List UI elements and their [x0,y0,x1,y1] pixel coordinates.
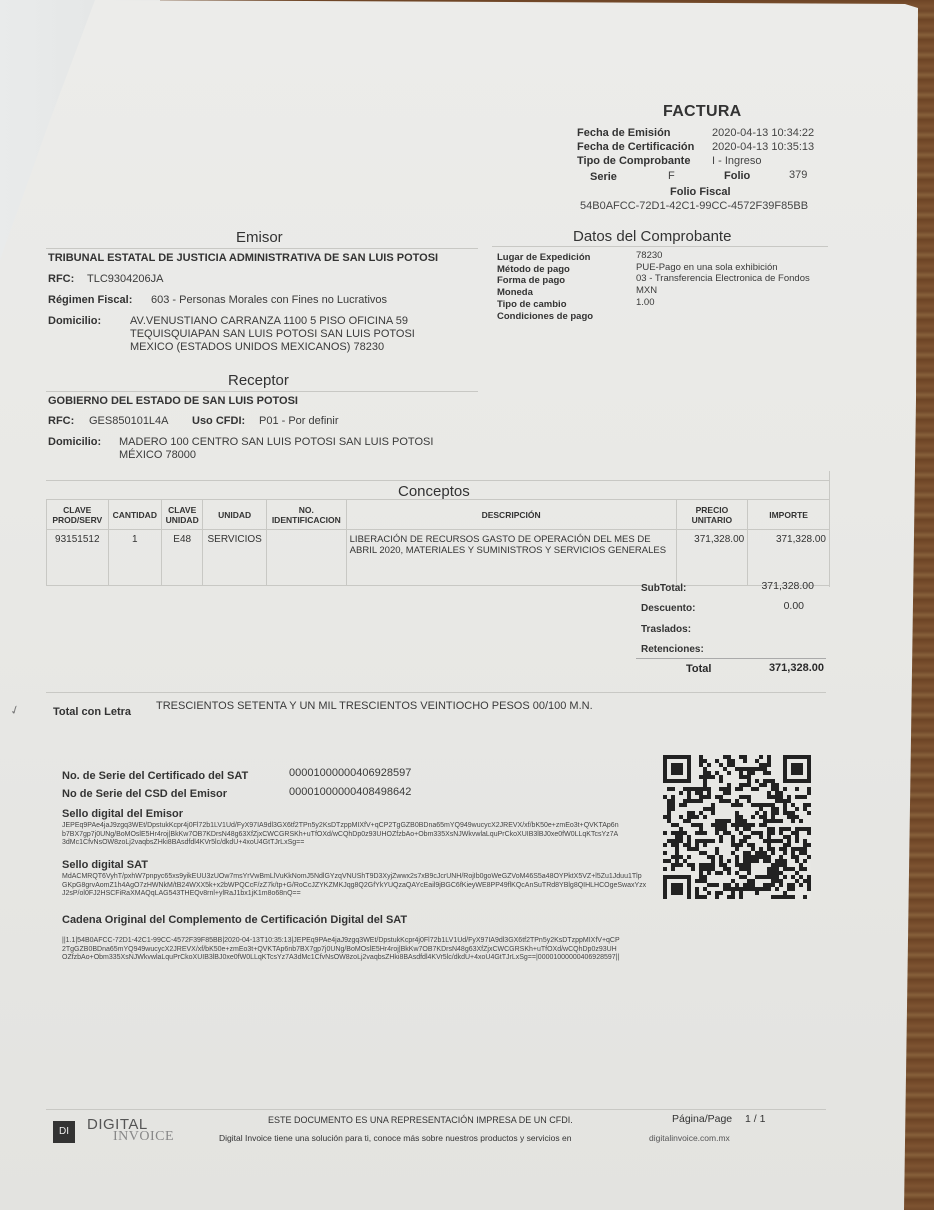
col-cantidad: CANTIDAD [108,500,161,530]
folio-fiscal-value: 54B0AFCC-72D1-42C1-99CC-4572F39F85BB [580,200,808,212]
tipo-comprobante-label: Tipo de Comprobante [577,155,690,167]
comprobante-labels: Lugar de Expedición Método de pago Forma… [497,252,593,322]
digitalinvoice-link[interactable]: digitalinvoice.com.mx [649,1133,730,1143]
receptor-title: Receptor [228,372,289,389]
descuento-label: Descuento: [641,603,695,614]
cadena-original-value: ||1.1|54B0AFCC-72D1-42C1-99CC-4572F39F85… [62,937,622,963]
tipo-comprobante-value: I - Ingreso [712,155,762,167]
col-clave-prod: CLAVE PROD/SERV [47,500,109,530]
col-importe: IMPORTE [748,500,830,530]
emisor-name: TRIBUNAL ESTATAL DE JUSTICIA ADMINISTRAT… [48,252,438,264]
emisor-domicilio: AV.VENUSTIANO CARRANZA 1100 5 PISO OFICI… [130,315,415,354]
regimen-fiscal-label: Régimen Fiscal: [48,294,132,306]
traslados-label: Traslados: [641,624,691,635]
descuento-value: 0.00 [714,600,804,612]
uso-cfdi-label: Uso CFDI: [192,415,245,427]
fecha-emision-value: 2020-04-13 10:34:22 [712,127,814,139]
receptor-domicilio-label: Domicilio: [48,436,101,448]
cadena-original-label: Cadena Original del Complemento de Certi… [62,914,407,926]
fecha-certificacion-label: Fecha de Certificación [577,141,694,153]
serie-label: Serie [590,171,617,183]
total-letra-value: TRESCIENTOS SETENTA Y UN MIL TRESCIENTOS… [156,700,593,712]
pen-check-mark: ✓ [8,702,22,719]
comprobante-values: 78230 PUE-Pago en una sola exhibición 03… [636,250,810,309]
page-number: 1 / 1 [745,1113,765,1125]
subtotal-label: SubTotal: [641,583,686,594]
promo-text: Digital Invoice tiene una solución para … [219,1133,571,1143]
emisor-domicilio-label: Domicilio: [48,315,101,327]
serie-csd-label: No de Serie del CSD del Emisor [62,788,227,800]
uso-cfdi-value: P01 - Por definir [259,415,338,427]
emisor-title: Emisor [236,229,283,246]
page-label: Página/Page [672,1113,732,1125]
regimen-fiscal-value: 603 - Personas Morales con Fines no Lucr… [151,294,387,306]
receptor-rfc-value: GES850101L4A [89,415,169,427]
receptor-rfc-label: RFC: [48,415,74,427]
emisor-rfc-value: TLC9304206JA [87,273,163,285]
col-unidad: UNIDAD [203,500,267,530]
fecha-emision-label: Fecha de Emisión [577,127,671,139]
serie-sat-label: No. de Serie del Certificado del SAT [62,770,248,782]
emisor-rfc-label: RFC: [48,273,74,285]
folio-value: 379 [789,169,807,181]
conceptos-table: CLAVE PROD/SERV CANTIDAD CLAVE UNIDAD UN… [46,499,830,586]
total-value: 371,328.00 [730,662,824,674]
serie-sat-value: 00001000000406928597 [289,767,411,779]
sello-emisor-value: JEPEq9PAe4jaJ9zgq3WEt/DpstukKcpr4j0Fl72b… [62,822,622,848]
digital-invoice-logo-mark: DI [53,1121,75,1143]
document-title: FACTURA [663,103,742,121]
comprobante-title: Datos del Comprobante [573,228,731,245]
sello-sat-label: Sello digital SAT [62,859,148,871]
col-descripcion: DESCRIPCIÓN [346,500,676,530]
fecha-certificacion-value: 2020-04-13 10:35:13 [712,141,814,153]
conceptos-title: Conceptos [398,483,470,500]
logo-text-invoice: INVOICE [113,1129,174,1145]
total-letra-label: Total con Letra [53,706,131,718]
retenciones-label: Retenciones: [641,644,704,655]
total-label: Total [686,663,711,675]
col-precio-unitario: PRECIO UNITARIO [676,500,748,530]
cfdi-notice: ESTE DOCUMENTO ES UNA REPRESENTACIÓN IMP… [268,1115,573,1125]
serie-csd-value: 00001000000408498642 [289,786,411,798]
table-row: 93151512 1 E48 SERVICIOS LIBERACIÓN DE R… [47,530,830,586]
folio-label: Folio [724,170,750,182]
col-no-identificacion: NO. IDENTIFICACION [266,500,346,530]
sello-sat-value: MdACMRQT6VyhT/pxhW7pnpyc65xs9yikEUU3zUOw… [62,873,647,899]
receptor-domicilio: MADERO 100 CENTRO SAN LUIS POTOSI SAN LU… [119,436,433,462]
receptor-name: GOBIERNO DEL ESTADO DE SAN LUIS POTOSI [48,395,298,407]
subtotal-value: 371,328.00 [724,580,814,592]
sello-emisor-label: Sello digital del Emisor [62,808,183,820]
folio-fiscal-label: Folio Fiscal [670,186,731,198]
invoice-page: FACTURA Fecha de Emisión 2020-04-13 10:3… [0,0,920,1210]
serie-value: F [668,170,675,182]
qr-code-icon [663,755,811,899]
col-clave-unidad: CLAVE UNIDAD [162,500,203,530]
